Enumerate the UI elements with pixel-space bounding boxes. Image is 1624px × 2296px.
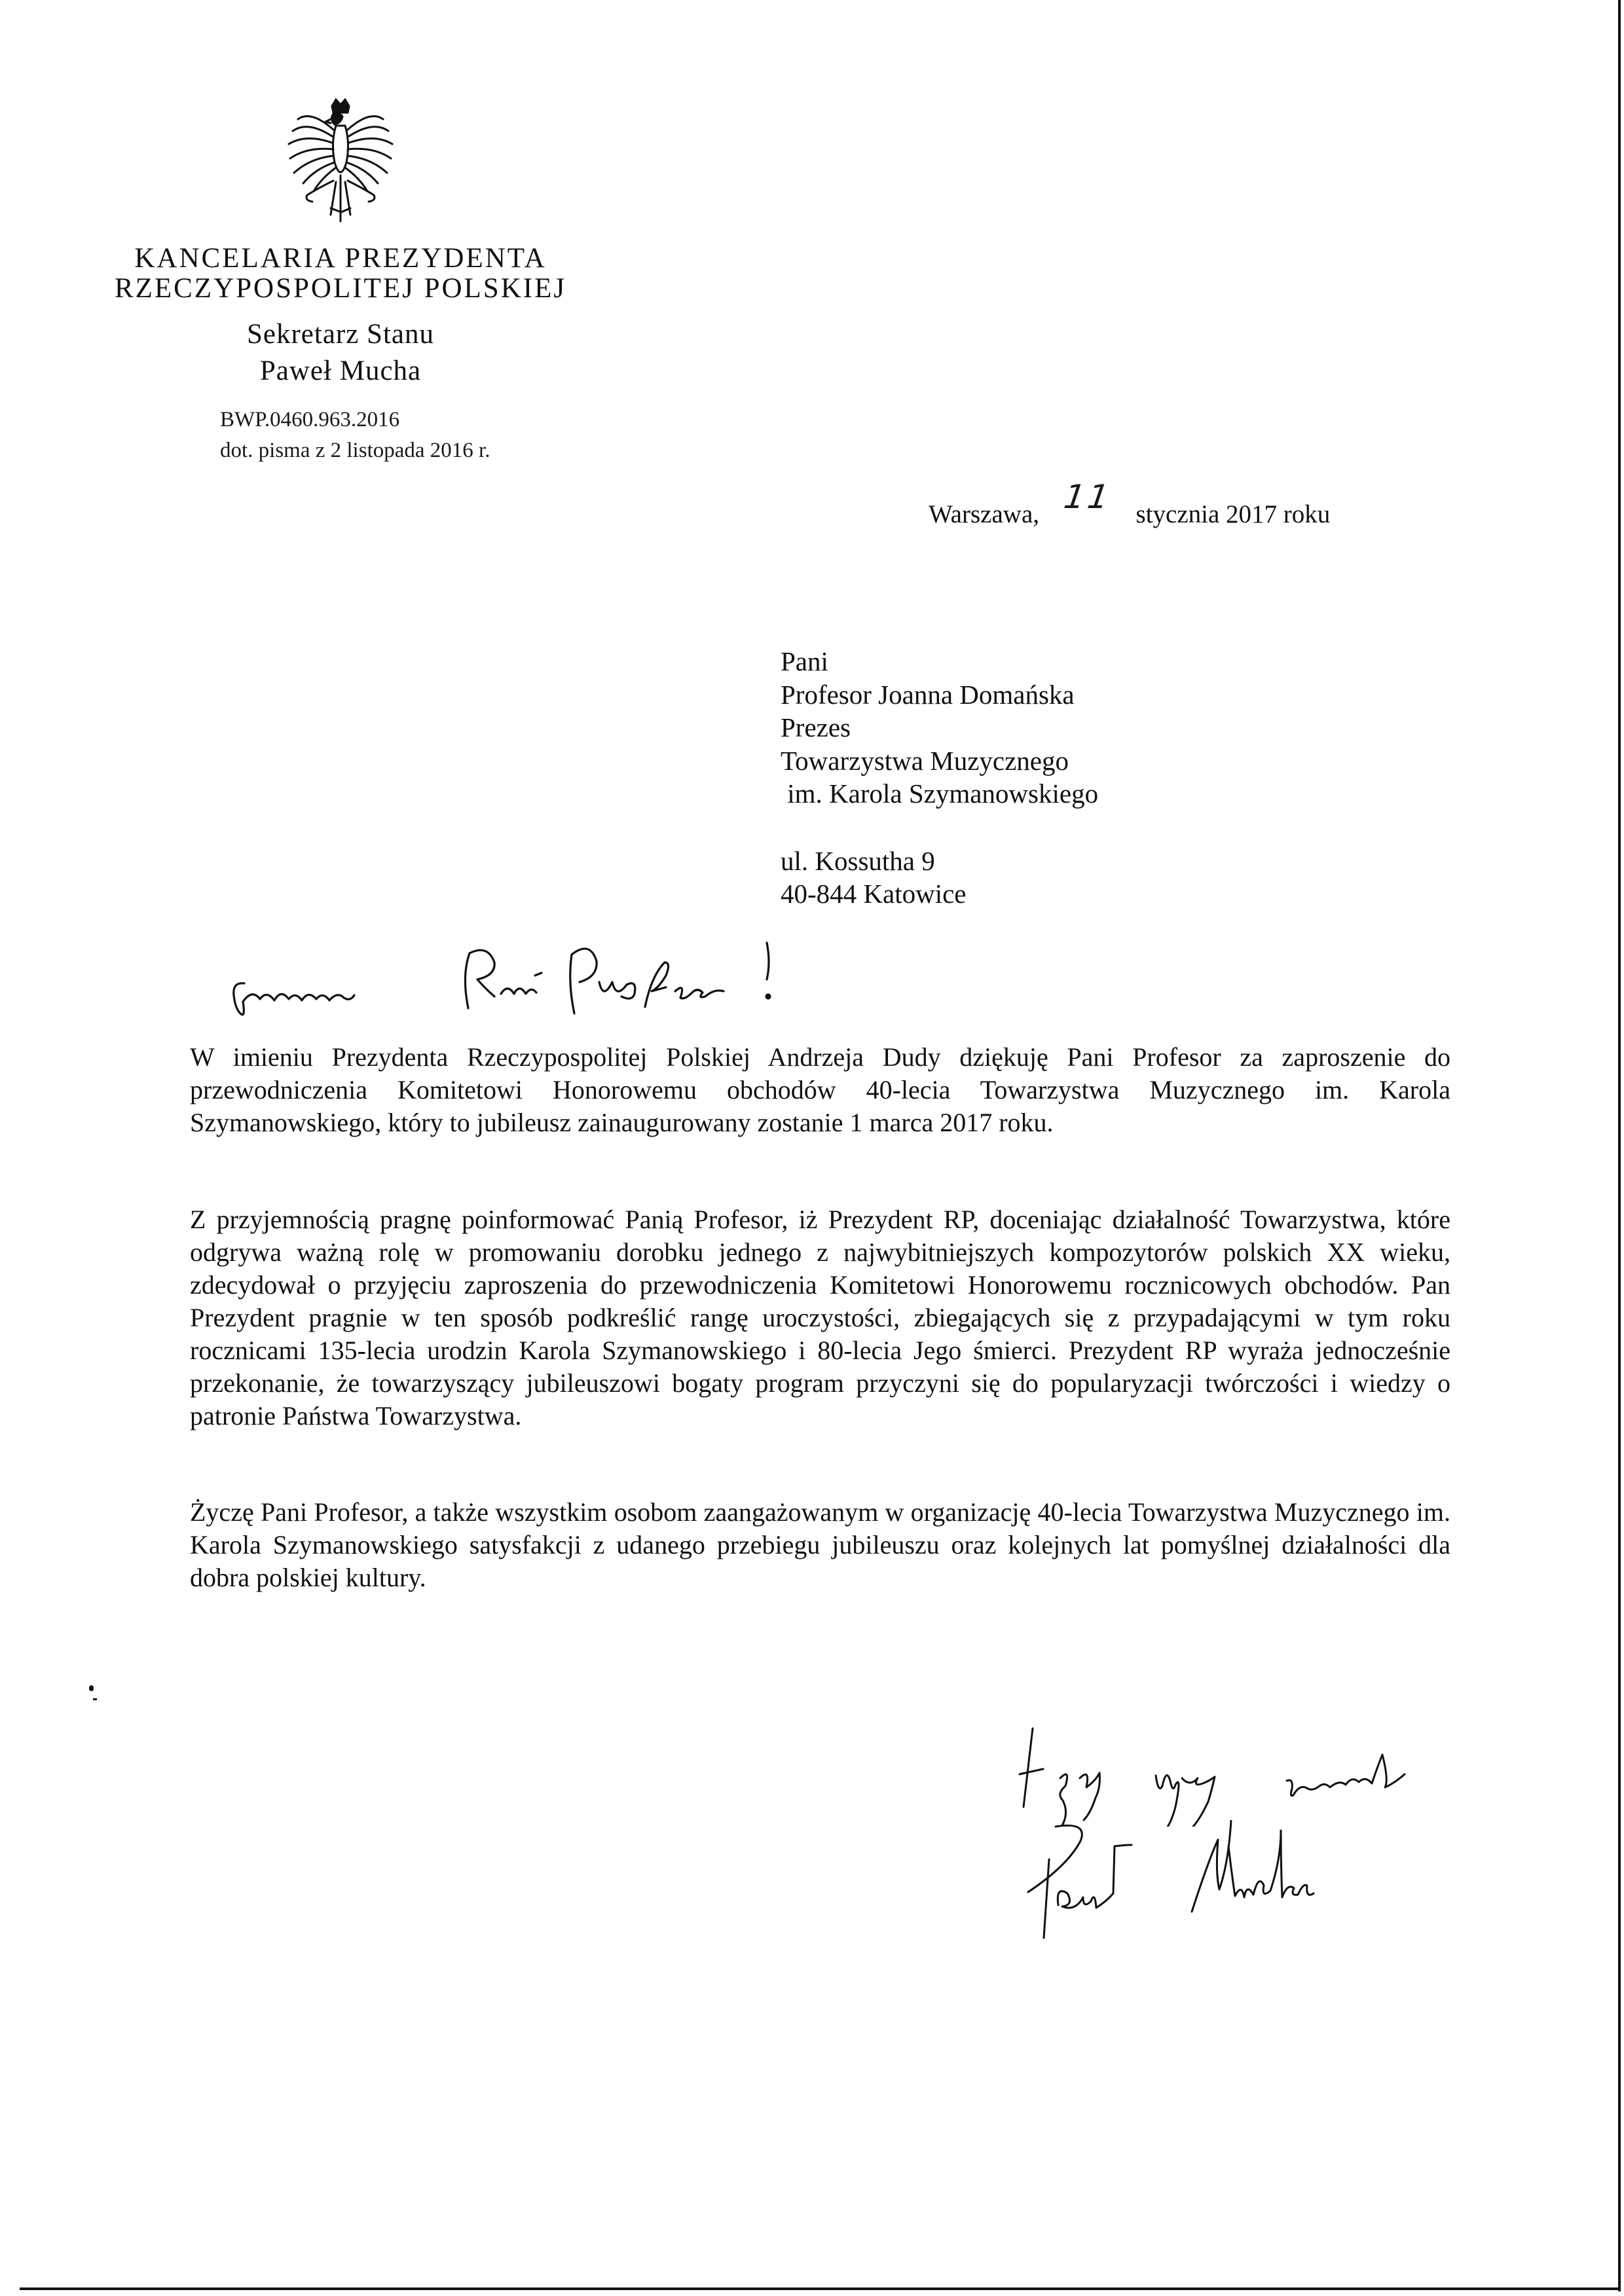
date-day-handwritten: 11 [1043,478,1132,516]
date-place: Warszawa, [929,500,1039,528]
reference-number: BWP.0460.963.2016 [220,405,490,435]
institution-line-2: RZECZYPOSPOLITEJ POLSKIEJ [105,274,576,304]
recipient-line: Prezes [781,711,1098,744]
date-line: Warszawa, 11 stycznia 2017 roku [929,492,1330,530]
date-rest: stycznia 2017 roku [1136,500,1331,528]
institution-line-1: KANCELARIA PREZYDENTA [105,244,576,274]
scan-speck [93,1698,97,1700]
street-line: ul. Kossutha 9 [781,845,1098,878]
reference-block: BWP.0460.963.2016 dot. pisma z 2 listopa… [220,405,490,466]
official-name: Paweł Mucha [105,353,576,390]
recipient-line: Towarzystwa Muzycznego [781,744,1098,778]
recipient-address: Pani Profesor Joanna Domańska Prezes Tow… [781,645,1098,911]
address-gap [781,811,1098,845]
salutation-handwritten: Szanowna Pani Profesor! [226,936,815,1021]
body-paragraph-3: Życzę Pani Profesor, a także wszystkim o… [190,1496,1450,1594]
official-title: Sekretarz Stanu [105,316,576,353]
body-paragraph-1: W imieniu Prezydenta Rzeczypospolitej Po… [190,1041,1450,1139]
scan-edge-bottom [20,2287,1621,2290]
recipient-line: Pani [781,645,1098,678]
scan-speck [89,1685,94,1691]
reference-note: dot. pisma z 2 listopada 2016 r. [220,435,490,466]
recipient-line: im. Karola Szymanowskiego [781,777,1098,811]
signature-handwritten: Paweł Mucha [1015,1820,1473,1951]
scan-edge-right [1618,0,1621,2291]
body-paragraph-2: Z przyjemnością pragnę poinformować Pani… [190,1203,1450,1432]
institution-name: KANCELARIA PREZYDENTA RZECZYPOSPOLITEJ P… [105,244,576,304]
closing-handwritten: Łączę wyrazy szacunku [1018,1715,1542,1827]
official-block: Sekretarz Stanu Paweł Mucha [105,316,576,390]
eagle-emblem-icon [278,97,403,228]
city-line: 40-844 Katowice [781,877,1098,911]
recipient-line: Profesor Joanna Domańska [781,678,1098,712]
